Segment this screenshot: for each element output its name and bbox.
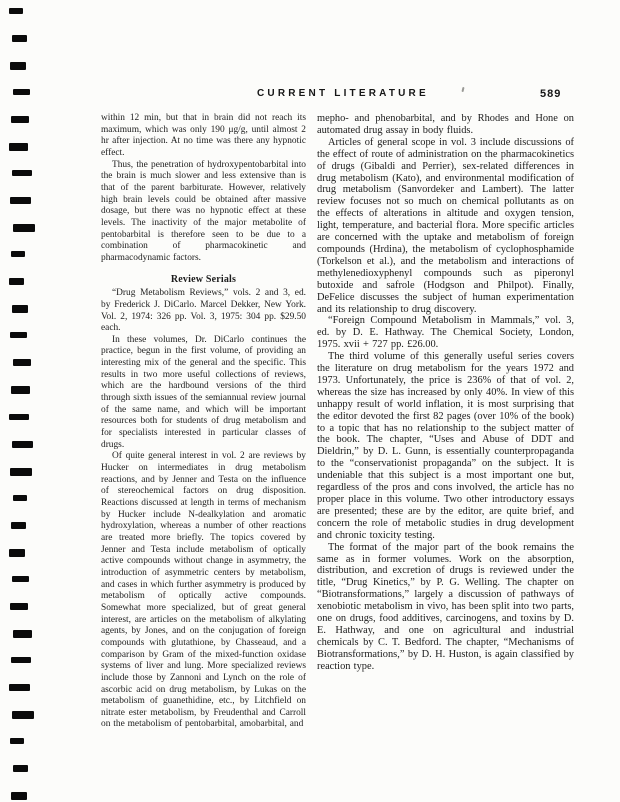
binding-mark [12,170,32,176]
body-paragraph: The format of the major part of the book… [317,542,574,673]
binding-mark [9,684,30,691]
binding-mark [11,116,29,123]
binding-mark [9,143,28,151]
binding-mark [11,386,30,394]
binding-mark [9,414,29,420]
binding-mark [10,197,31,204]
binding-mark [13,630,32,638]
body-paragraph: “Foreign Compound Metabolism in Mammals,… [317,315,574,351]
binding-mark [10,738,24,744]
body-paragraph: within 12 min, but that in brain did not… [101,113,306,160]
section-heading: Review Serials [101,274,306,286]
journal-page-scan: CURRENT LITERATURE 589 within 12 min, bu… [0,0,620,802]
binding-mark [9,278,24,285]
binding-mark [9,549,25,557]
body-paragraph: Thus, the penetration of hydroxypentobar… [101,160,306,265]
body-paragraph: “Drug Metabolism Reviews,” vols. 2 and 3… [101,288,306,335]
body-paragraph: The third volume of this generally usefu… [317,351,574,542]
binding-mark [11,522,26,529]
scan-speck [461,87,464,92]
left-text-column: within 12 min, but that in brain did not… [101,113,306,731]
body-paragraph: mepho- and phenobarbital, and by Rhodes … [317,113,574,137]
binding-mark [9,8,23,14]
binding-mark [13,495,27,501]
binding-mark [12,35,27,42]
binding-mark [10,468,32,476]
binding-mark [10,332,27,338]
binding-mark [10,603,28,610]
binding-mark [12,441,33,448]
binding-mark [12,576,29,582]
binding-marks-strip [0,0,46,802]
body-paragraph: Of quite general interest in vol. 2 are … [101,451,306,731]
binding-mark [13,765,28,772]
running-head-title: CURRENT LITERATURE [257,88,429,99]
body-paragraph: In these volumes, Dr. DiCarlo continues … [101,335,306,452]
page-number: 589 [540,88,561,100]
right-text-column: mepho- and phenobarbital, and by Rhodes … [317,113,574,673]
binding-mark [11,251,25,257]
binding-mark [13,224,35,232]
binding-mark [11,792,27,800]
binding-mark [12,711,34,719]
binding-mark [12,305,28,313]
page-header: CURRENT LITERATURE 589 [0,86,620,104]
binding-mark [10,62,26,70]
body-paragraph: Articles of general scope in vol. 3 incl… [317,137,574,316]
binding-mark [11,657,31,663]
binding-mark [13,359,31,366]
